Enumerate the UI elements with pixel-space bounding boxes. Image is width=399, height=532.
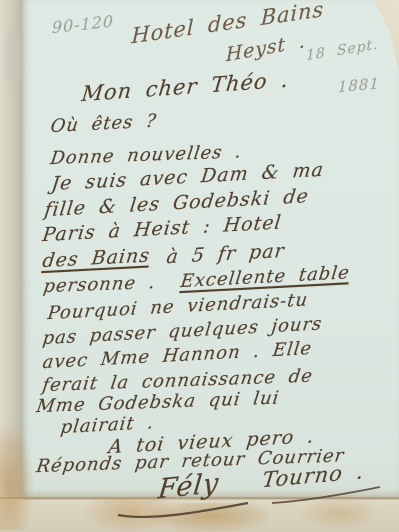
backing-bottom-band (0, 499, 399, 532)
letter-scan: 90-120 18 Sept. 1881 Hotel des Bains Hey… (0, 0, 399, 532)
pencil-date-year: 1881 (338, 74, 380, 96)
body-line-7a: personne . (42, 272, 157, 297)
